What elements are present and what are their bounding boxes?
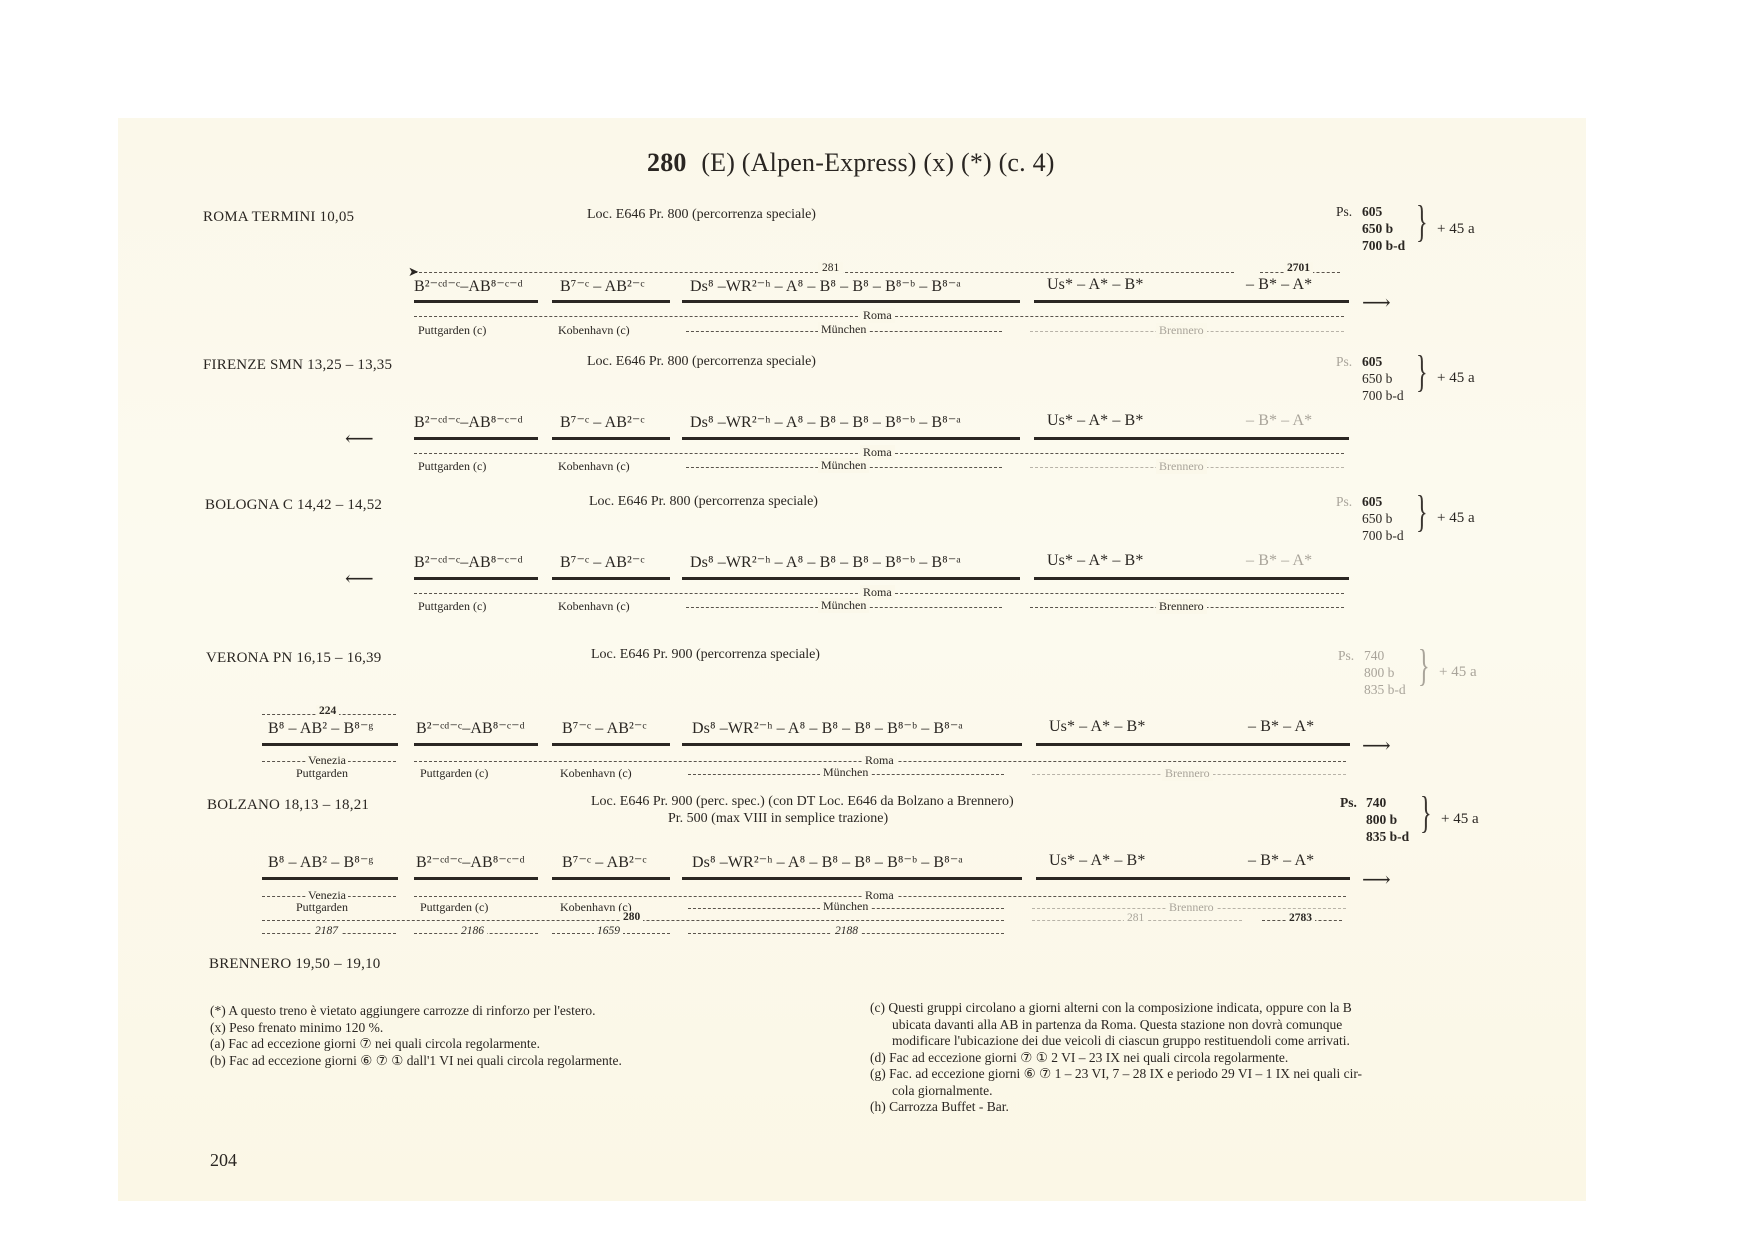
route-label-puttgarden: Puttgarden (c) (418, 459, 486, 474)
span-label-281: 281 (1124, 912, 1147, 924)
footnote-cont: ubicata davanti alla AB in partenza da R… (870, 1017, 1362, 1034)
ps-prefix: Ps. (1336, 203, 1352, 220)
group-bar (414, 743, 538, 746)
route-label-munchen: München (818, 598, 869, 613)
ps-value: 650 b (1362, 510, 1392, 527)
route-label-kobenhavn: Kobenhavn (c) (558, 599, 630, 614)
footnote: (b) Fac ad eccezione giorni ⑥ ⑦ ① dall'1… (210, 1053, 622, 1070)
footnote-cont: cola giornalmente. (870, 1083, 1362, 1100)
consist-group-0: B⁸ – AB² – B⁸⁻ᵍ (268, 852, 373, 872)
consist-group-1: B²⁻ᶜᵈ⁻ᶜ–AB⁸⁻ᶜ⁻ᵈ (416, 718, 525, 738)
brace-icon: } (1416, 350, 1428, 394)
ps-prefix: Ps. (1340, 794, 1357, 811)
group-bar (682, 437, 1020, 440)
consist-group-1: B²⁻ᶜᵈ⁻ᶜ–AB⁸⁻ᶜ⁻ᵈ (414, 276, 523, 296)
brace-icon: } (1416, 200, 1428, 244)
extra-weight: + 45 a (1437, 370, 1475, 387)
ps-value: 650 b (1362, 370, 1392, 387)
consist-group-3: Ds⁸ –WR²⁻ʰ – A⁸ – B⁸ – B⁸ – B⁸⁻ᵇ – B⁸⁻ᵃ (692, 718, 963, 738)
consist-group-4: Us* – A* – B* (1047, 412, 1143, 430)
group-bar (552, 877, 670, 880)
route-label-kobenhavn: Kobenhavn (c) (558, 323, 630, 338)
consist-group-4: Us* – A* – B* (1049, 718, 1145, 736)
ps-prefix: Ps. (1336, 353, 1352, 370)
route-label-puttgarden0: Puttgarden (296, 900, 348, 915)
direction-arrow-right-icon: ⟶ (1362, 290, 1391, 315)
extra-weight: + 45 a (1439, 664, 1477, 681)
footnote: (d) Fac ad eccezione giorni ⑦ ① 2 VI – 2… (870, 1050, 1362, 1067)
station-label: FIRENZE SMN 13,25 – 13,35 (203, 357, 392, 374)
route-label-brennero: Brennero (1162, 766, 1213, 781)
route-label-puttgarden: Puttgarden (c) (420, 766, 488, 781)
route-label-puttgarden0: Puttgarden (296, 766, 348, 781)
footnote: (g) Fac. ad eccezione giorni ⑥ ⑦ 1 – 23 … (870, 1066, 1362, 1083)
ps-value: 605 (1362, 493, 1382, 510)
ps-value: 835 b-d (1366, 828, 1409, 845)
consist-group-1: B²⁻ᶜᵈ⁻ᶜ–AB⁸⁻ᶜ⁻ᵈ (414, 412, 523, 432)
route-label-puttgarden: Puttgarden (c) (420, 900, 488, 915)
route-label-brennero: Brennero (1156, 599, 1207, 614)
route-label-puttgarden: Puttgarden (c) (418, 323, 486, 338)
consist-group-5: – B* – A* (1246, 552, 1312, 570)
consist-group-4: Us* – A* – B* (1049, 852, 1145, 870)
footnote-cont: modificare l'ubicazione dei due veicoli … (870, 1033, 1362, 1050)
group-bar (414, 577, 538, 580)
consist-group-2: B⁷⁻ᶜ – AB²⁻ᶜ (560, 276, 645, 296)
extra-weight: + 45 a (1437, 221, 1475, 238)
group-bar (414, 300, 538, 303)
ps-prefix: Ps. (1336, 493, 1352, 510)
consist-group-5: – B* – A* (1246, 276, 1312, 294)
consist-group-4: Us* – A* – B* (1047, 552, 1143, 570)
consist-group-2: B⁷⁻ᶜ – AB²⁻ᶜ (560, 552, 645, 572)
direction-arrow-left-icon: ⟵ (345, 566, 374, 591)
footnote: (x) Peso frenato minimo 120 %. (210, 1020, 622, 1037)
route-label-kobenhavn: Kobenhavn (c) (560, 766, 632, 781)
consist-group-4: Us* – A* – B* (1047, 276, 1143, 294)
station-label: VERONA PN 16,15 – 16,39 (206, 650, 381, 667)
ps-value: 700 b-d (1362, 237, 1405, 254)
final-station-label: BRENNERO 19,50 – 19,10 (209, 956, 381, 973)
train-number: 280 (647, 148, 687, 177)
station-label: ROMA TERMINI 10,05 (203, 209, 354, 226)
group-bar (1036, 743, 1350, 746)
span-label-280: 280 (620, 911, 643, 923)
ps-prefix: Ps. (1338, 647, 1354, 664)
extra-weight: + 45 a (1437, 510, 1475, 527)
ps-value: 740 (1366, 794, 1386, 811)
span-label: 281 (818, 262, 843, 274)
loco-info: Loc. E646 Pr. 900 (percorrenza speciale) (591, 647, 820, 663)
loco-info-2: Pr. 500 (max VIII in semplice trazione) (668, 811, 888, 827)
route-label-munchen: München (820, 899, 871, 914)
route-label-puttgarden: Puttgarden (c) (418, 599, 486, 614)
direction-arrow-right-icon: ⟶ (1362, 733, 1391, 758)
group-bar (682, 577, 1020, 580)
span-label-2187: 2187 (312, 925, 341, 937)
group-bar (1034, 437, 1349, 440)
group-bar (262, 743, 398, 746)
ps-value: 605 (1362, 353, 1382, 370)
route-label-munchen: München (820, 765, 871, 780)
consist-group-3: Ds⁸ –WR²⁻ʰ – A⁸ – B⁸ – B⁸ – B⁸⁻ᵇ – B⁸⁻ᵃ (690, 412, 961, 432)
brace-icon: } (1416, 490, 1428, 534)
route-label-munchen: München (818, 458, 869, 473)
train-title: 280 (E) (Alpen-Express) (x) (*) (c. 4) (647, 148, 1055, 178)
group-bar (552, 300, 670, 303)
footnotes-right: (c) Questi gruppi circolano a giorni alt… (870, 1000, 1362, 1116)
page-number: 204 (210, 1150, 237, 1171)
footnote: (*) A questo treno è vietato aggiungere … (210, 1003, 622, 1020)
group-bar (414, 437, 538, 440)
group-bar (682, 877, 1022, 880)
span-label-2186: 2186 (458, 925, 487, 937)
span-label: 224 (316, 705, 339, 717)
route-label-kobenhavn: Kobenhavn (c) (558, 459, 630, 474)
group-bar (262, 877, 398, 880)
span-label-2783: 2783 (1286, 912, 1315, 924)
ps-value: 800 b (1364, 664, 1394, 681)
consist-group-0: B⁸ – AB² – B⁸⁻ᵍ (268, 718, 373, 738)
ps-value: 740 (1364, 647, 1384, 664)
span-label-2188: 2188 (832, 925, 861, 937)
route-label-brennero: Brennero (1156, 459, 1207, 474)
ps-value: 605 (1362, 203, 1382, 220)
consist-group-1: B²⁻ᶜᵈ⁻ᶜ–AB⁸⁻ᶜ⁻ᵈ (416, 852, 525, 872)
consist-group-2: B⁷⁻ᶜ – AB²⁻ᶜ (560, 412, 645, 432)
direction-arrow-left-icon: ⟵ (345, 426, 374, 451)
group-bar (682, 743, 1022, 746)
brace-icon: } (1420, 791, 1432, 835)
footnote: (c) Questi gruppi circolano a giorni alt… (870, 1000, 1362, 1017)
group-bar (682, 300, 1020, 303)
consist-group-2: B⁷⁻ᶜ – AB²⁻ᶜ (562, 718, 647, 738)
station-label: BOLZANO 18,13 – 18,21 (207, 797, 369, 814)
loco-info: Loc. E646 Pr. 900 (perc. spec.) (con DT … (591, 794, 1014, 810)
ps-value: 650 b (1362, 220, 1393, 237)
route-label-brennero: Brennero (1156, 323, 1207, 338)
consist-group-3: Ds⁸ –WR²⁻ʰ – A⁸ – B⁸ – B⁸ – B⁸⁻ᵇ – B⁸⁻ᵃ (690, 552, 961, 572)
route-label-roma: Roma (860, 308, 895, 323)
train-descriptor: (E) (Alpen-Express) (x) (*) (c. 4) (701, 148, 1054, 177)
ps-value: 700 b-d (1362, 387, 1404, 404)
consist-group-5: – B* – A* (1246, 412, 1312, 430)
extra-weight: + 45 a (1441, 811, 1479, 828)
group-bar (1034, 300, 1349, 303)
consist-group-1: B²⁻ᶜᵈ⁻ᶜ–AB⁸⁻ᶜ⁻ᵈ (414, 552, 523, 572)
ps-value: 835 b-d (1364, 681, 1406, 698)
group-bar (552, 577, 670, 580)
footnote: (a) Fac ad eccezione giorni ⑦ nei quali … (210, 1036, 622, 1053)
footnote: (h) Carrozza Buffet - Bar. (870, 1099, 1362, 1116)
route-label-brennero: Brennero (1166, 900, 1217, 915)
span-label: 2701 (1284, 262, 1313, 274)
consist-group-5: – B* – A* (1248, 852, 1314, 870)
direction-arrow-right-icon: ⟶ (1362, 867, 1391, 892)
group-bar (552, 437, 670, 440)
station-label: BOLOGNA C 14,42 – 14,52 (205, 497, 382, 514)
group-bar (552, 743, 670, 746)
group-bar (1034, 577, 1349, 580)
footnotes-left: (*) A questo treno è vietato aggiungere … (210, 1003, 622, 1069)
ps-value: 800 b (1366, 811, 1397, 828)
loco-info: Loc. E646 Pr. 800 (percorrenza speciale) (587, 207, 816, 223)
span-label-1659: 1659 (594, 925, 623, 937)
consist-group-2: B⁷⁻ᶜ – AB²⁻ᶜ (562, 852, 647, 872)
brace-icon: } (1418, 644, 1430, 688)
route-label-munchen: München (818, 322, 869, 337)
group-bar (1036, 877, 1350, 880)
consist-group-3: Ds⁸ –WR²⁻ʰ – A⁸ – B⁸ – B⁸ – B⁸⁻ᵇ – B⁸⁻ᵃ (692, 852, 963, 872)
consist-group-3: Ds⁸ –WR²⁻ʰ – A⁸ – B⁸ – B⁸ – B⁸⁻ᵇ – B⁸⁻ᵃ (690, 276, 961, 296)
consist-group-5: – B* – A* (1248, 718, 1314, 736)
ps-value: 700 b-d (1362, 527, 1404, 544)
loco-info: Loc. E646 Pr. 800 (percorrenza speciale) (589, 494, 818, 510)
group-bar (414, 877, 538, 880)
loco-info: Loc. E646 Pr. 800 (percorrenza speciale) (587, 354, 816, 370)
